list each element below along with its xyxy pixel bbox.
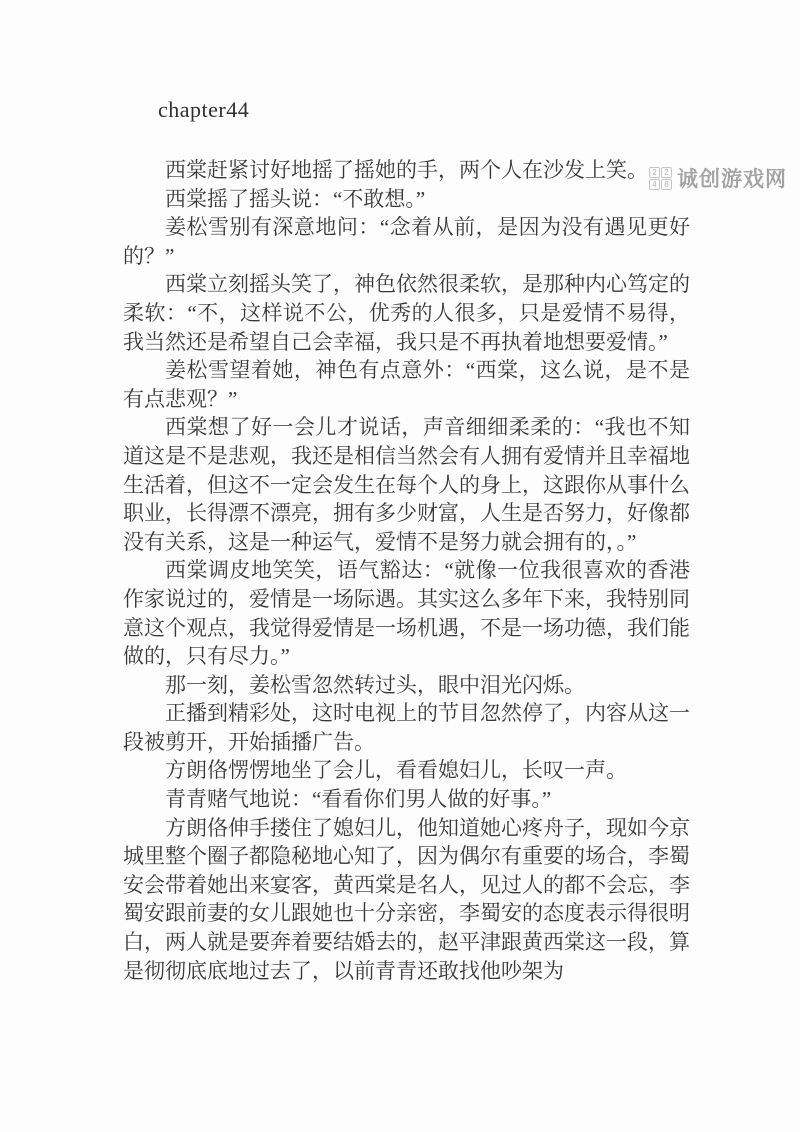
chapter-title: chapter44 [158, 97, 249, 123]
paragraph: 西棠赶紧讨好地摇了摇她的手，两个人在沙发上笑。 [123, 156, 690, 185]
paragraph: 西棠调皮地笑笑，语气豁达：“就像一位我很喜欢的香港作家说过的，爱情是一场际遇。其… [123, 556, 690, 670]
paragraph: 正播到精彩处，这时电视上的节目忽然停了，内容从这一段被剪开，开始插播广告。 [123, 699, 690, 756]
paragraph: 西棠立刻摇头笑了，神色依然很柔软，是那种内心笃定的柔软：“不，这样说不公，优秀的… [123, 270, 690, 356]
book-page: chapter44 西棠赶紧讨好地摇了摇她的手，两个人在沙发上笑。 西棠摇了摇头… [0, 0, 800, 1132]
paragraph: 方朗佫愣愣地坐了会儿，看看媳妇儿，长叹一声。 [123, 756, 690, 785]
watermark-site-name: 诚创游戏网 [677, 163, 787, 193]
paragraph: 方朗佫伸手搂住了媳妇儿，他知道她心疼舟子，现如今京城里整个圈子都隐秘地心知了，因… [123, 814, 690, 986]
paragraph: 西棠想了好一会儿才说话，声音细细柔柔的：“我也不知道这是不是悲观，我还是相信当然… [123, 413, 690, 556]
paragraph: 西棠摇了摇头说：“不敢想。” [123, 185, 690, 214]
paragraph: 那一刻，姜松雪忽然转过头，眼中泪光闪烁。 [123, 671, 690, 700]
paragraph: 青青赌气地说：“看看你们男人做的好事。” [123, 785, 690, 814]
paragraph: 姜松雪望着她，神色有点意外：“西棠，这么说，是不是有点悲观？” [123, 356, 690, 413]
paragraph: 姜松雪别有深意地问：“念着从前，是因为没有遇见更好的？” [123, 213, 690, 270]
body-text: 西棠赶紧讨好地摇了摇她的手，两个人在沙发上笑。 西棠摇了摇头说：“不敢想。” 姜… [123, 156, 690, 985]
